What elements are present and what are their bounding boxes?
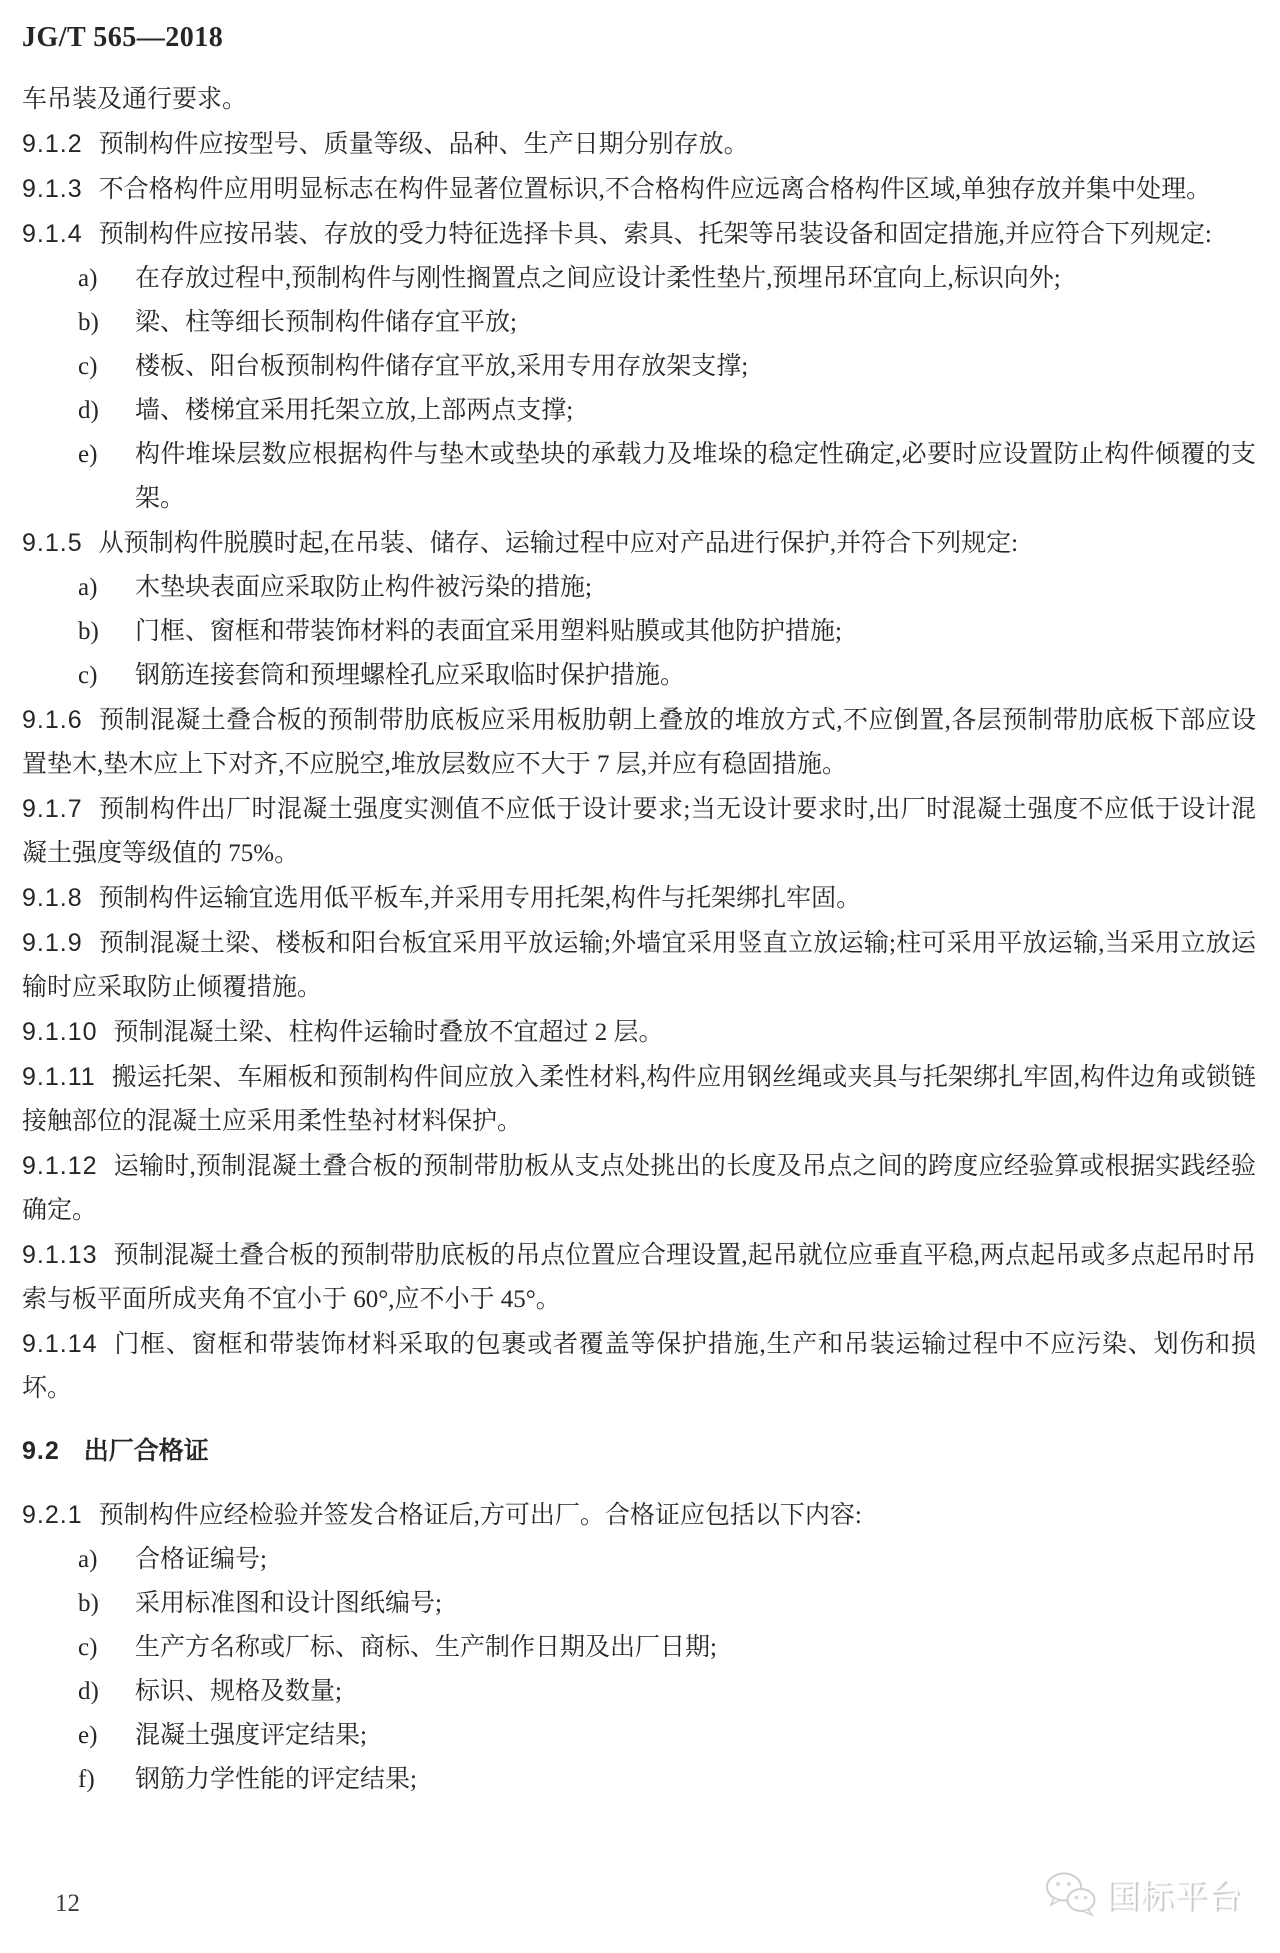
clause-text: 运输时,预制混凝土叠合板的预制带肋板从支点处挑出的长度及吊点之间的跨度应经验算或…	[22, 1153, 1256, 1224]
item-label: a)	[78, 257, 135, 301]
clause-text: 预制构件应按吊装、存放的受力特征选择卡具、索具、托架等吊装设备和固定措施,并应符…	[99, 221, 1212, 248]
item-label: f)	[78, 1758, 135, 1802]
clause-number: 9.1.6	[22, 706, 83, 734]
clause-9-1-8: 9.1.8预制构件运输宜选用低平板车,并采用专用托架,构件与托架绑扎牢固。	[22, 876, 1256, 921]
clause-number: 9.1.4	[22, 220, 83, 248]
clause-number: 9.1.5	[22, 529, 83, 557]
item-text: 在存放过程中,预制构件与刚性搁置点之间应设计柔性垫片,预埋吊环宜向上,标识向外;	[135, 257, 1256, 301]
clause-text: 预制混凝土梁、柱构件运输时叠放不宜超过 2 层。	[114, 1019, 664, 1046]
clause-9-1-11: 9.1.11搬运托架、车厢板和预制构件间应放入柔性材料,构件应用钢丝绳或夹具与托…	[22, 1055, 1256, 1144]
clause-number: 9.1.13	[22, 1241, 98, 1269]
wechat-icon	[1044, 1871, 1098, 1917]
clause-number: 9.1.11	[22, 1063, 96, 1091]
item-label: a)	[78, 566, 135, 610]
clause-text: 不合格构件应用明显标志在构件显著位置标识,不合格构件应远离合格构件区域,单独存放…	[99, 176, 1212, 203]
clause-9-1-4: 9.1.4预制构件应按吊装、存放的受力特征选择卡具、索具、托架等吊装设备和固定措…	[22, 212, 1256, 257]
item-label: e)	[78, 433, 135, 521]
item-text: 木垫块表面应采取防止构件被污染的措施;	[135, 566, 1256, 610]
clause-number: 9.1.10	[22, 1018, 98, 1046]
item-text: 钢筋力学性能的评定结果;	[135, 1758, 1256, 1802]
clause-9-1-13: 9.1.13预制混凝土叠合板的预制带肋底板的吊点位置应合理设置,起吊就位应垂直平…	[22, 1233, 1256, 1322]
clause-text: 预制混凝土叠合板的预制带肋底板应采用板肋朝上叠放的堆放方式,不应倒置,各层预制带…	[22, 707, 1256, 778]
item-text: 钢筋连接套筒和预埋螺栓孔应采取临时保护措施。	[135, 654, 1256, 698]
list-item-d: d)墙、楼梯宜采用托架立放,上部两点支撑;	[22, 389, 1256, 433]
clause-text: 预制构件运输宜选用低平板车,并采用专用托架,构件与托架绑扎牢固。	[99, 885, 862, 912]
clause-9-1-14: 9.1.14门框、窗框和带装饰材料采取的包裹或者覆盖等保护措施,生产和吊装运输过…	[22, 1322, 1256, 1411]
clause-text: 预制构件应按型号、质量等级、品种、生产日期分别存放。	[99, 131, 749, 158]
clause-number: 9.1.2	[22, 130, 83, 158]
clause-9-1-12: 9.1.12运输时,预制混凝土叠合板的预制带肋板从支点处挑出的长度及吊点之间的跨…	[22, 1144, 1256, 1233]
watermark-text: 国标平台	[1106, 1870, 1242, 1917]
item-text: 混凝土强度评定结果;	[135, 1714, 1256, 1758]
item-text: 标识、规格及数量;	[135, 1670, 1256, 1714]
item-text: 采用标准图和设计图纸编号;	[135, 1582, 1256, 1626]
item-label: d)	[78, 1670, 135, 1714]
clause-number: 9.1.14	[22, 1330, 98, 1358]
clause-9-1-5: 9.1.5从预制构件脱膜时起,在吊装、储存、运输过程中应对产品进行保护,并符合下…	[22, 521, 1256, 566]
item-label: c)	[78, 1626, 135, 1670]
document-body: 车吊装及通行要求。 9.1.2预制构件应按型号、质量等级、品种、生产日期分别存放…	[22, 78, 1256, 1802]
item-label: c)	[78, 345, 135, 389]
clause-9-1-10: 9.1.10预制混凝土梁、柱构件运输时叠放不宜超过 2 层。	[22, 1010, 1256, 1055]
section-title: 出厂合格证	[84, 1437, 209, 1465]
item-label: b)	[78, 610, 135, 654]
section-heading-9-2: 9.2出厂合格证	[22, 1429, 1256, 1473]
item-text: 构件堆垛层数应根据构件与垫木或垫块的承载力及堆垛的稳定性确定,必要时应设置防止构…	[135, 433, 1256, 521]
clause-text: 预制构件应经检验并签发合格证后,方可出厂。合格证应包括以下内容:	[99, 1502, 862, 1529]
item-text: 梁、柱等细长预制构件储存宜平放;	[135, 301, 1256, 345]
item-text: 生产方名称或厂标、商标、生产制作日期及出厂日期;	[135, 1626, 1256, 1670]
document-page: JG/T 565—2018 车吊装及通行要求。 9.1.2预制构件应按型号、质量…	[0, 0, 1280, 1953]
clause-9-1-9: 9.1.9预制混凝土梁、楼板和阳台板宜采用平放运输;外墙宜采用竖直立放运输;柱可…	[22, 921, 1256, 1010]
item-label: c)	[78, 654, 135, 698]
clause-number: 9.1.7	[22, 795, 83, 823]
item-text: 墙、楼梯宜采用托架立放,上部两点支撑;	[135, 389, 1256, 433]
list-item-c: c)楼板、阳台板预制构件储存宜平放,采用专用存放架支撑;	[22, 345, 1256, 389]
item-label: d)	[78, 389, 135, 433]
body-paragraph-continuation: 车吊装及通行要求。	[22, 78, 1256, 122]
list-item-c: c)生产方名称或厂标、商标、生产制作日期及出厂日期;	[22, 1626, 1256, 1670]
list-item-f: f)钢筋力学性能的评定结果;	[22, 1758, 1256, 1802]
clause-number: 9.1.8	[22, 884, 83, 912]
clause-9-1-2: 9.1.2预制构件应按型号、质量等级、品种、生产日期分别存放。	[22, 122, 1256, 167]
clause-9-1-3: 9.1.3不合格构件应用明显标志在构件显著位置标识,不合格构件应远离合格构件区域…	[22, 167, 1256, 212]
list-item-b: b)梁、柱等细长预制构件储存宜平放;	[22, 301, 1256, 345]
clause-text: 预制混凝土梁、楼板和阳台板宜采用平放运输;外墙宜采用竖直立放运输;柱可采用平放运…	[22, 930, 1256, 1001]
clause-9-2-1: 9.2.1预制构件应经检验并签发合格证后,方可出厂。合格证应包括以下内容:	[22, 1493, 1256, 1538]
list-item-b: b)采用标准图和设计图纸编号;	[22, 1582, 1256, 1626]
list-item-c: c)钢筋连接套筒和预埋螺栓孔应采取临时保护措施。	[22, 654, 1256, 698]
item-label: b)	[78, 301, 135, 345]
item-text: 楼板、阳台板预制构件储存宜平放,采用专用存放架支撑;	[135, 345, 1256, 389]
clause-number: 9.1.12	[22, 1152, 98, 1180]
item-label: a)	[78, 1538, 135, 1582]
clause-text: 从预制构件脱膜时起,在吊装、储存、运输过程中应对产品进行保护,并符合下列规定:	[99, 530, 1018, 557]
clause-text: 搬运托架、车厢板和预制构件间应放入柔性材料,构件应用钢丝绳或夹具与托架绑扎牢固,…	[22, 1064, 1256, 1135]
page-number: 12	[55, 1890, 80, 1918]
item-label: b)	[78, 1582, 135, 1626]
list-item-e: e)混凝土强度评定结果;	[22, 1714, 1256, 1758]
list-item-a: a)合格证编号;	[22, 1538, 1256, 1582]
list-item-d: d)标识、规格及数量;	[22, 1670, 1256, 1714]
standard-number-header: JG/T 565—2018	[22, 22, 1256, 54]
clause-9-1-6: 9.1.6预制混凝土叠合板的预制带肋底板应采用板肋朝上叠放的堆放方式,不应倒置,…	[22, 698, 1256, 787]
clause-number: 9.2.1	[22, 1501, 83, 1529]
clause-text: 预制构件出厂时混凝土强度实测值不应低于设计要求;当无设计要求时,出厂时混凝土强度…	[22, 796, 1256, 867]
clause-text: 门框、窗框和带装饰材料采取的包裹或者覆盖等保护措施,生产和吊装运输过程中不应污染…	[22, 1331, 1256, 1402]
item-text: 门框、窗框和带装饰材料的表面宜采用塑料贴膜或其他防护措施;	[135, 610, 1256, 654]
clause-number: 9.1.9	[22, 929, 83, 957]
watermark: 国标平台	[1044, 1870, 1242, 1917]
list-item-a: a)木垫块表面应采取防止构件被污染的措施;	[22, 566, 1256, 610]
clause-9-1-7: 9.1.7预制构件出厂时混凝土强度实测值不应低于设计要求;当无设计要求时,出厂时…	[22, 787, 1256, 876]
item-text: 合格证编号;	[135, 1538, 1256, 1582]
clause-text: 预制混凝土叠合板的预制带肋底板的吊点位置应合理设置,起吊就位应垂直平稳,两点起吊…	[22, 1242, 1256, 1313]
list-item-b: b)门框、窗框和带装饰材料的表面宜采用塑料贴膜或其他防护措施;	[22, 610, 1256, 654]
list-item-e: e)构件堆垛层数应根据构件与垫木或垫块的承载力及堆垛的稳定性确定,必要时应设置防…	[22, 433, 1256, 521]
item-label: e)	[78, 1714, 135, 1758]
clause-number: 9.1.3	[22, 175, 83, 203]
list-item-a: a)在存放过程中,预制构件与刚性搁置点之间应设计柔性垫片,预埋吊环宜向上,标识向…	[22, 257, 1256, 301]
section-number: 9.2	[22, 1437, 60, 1465]
